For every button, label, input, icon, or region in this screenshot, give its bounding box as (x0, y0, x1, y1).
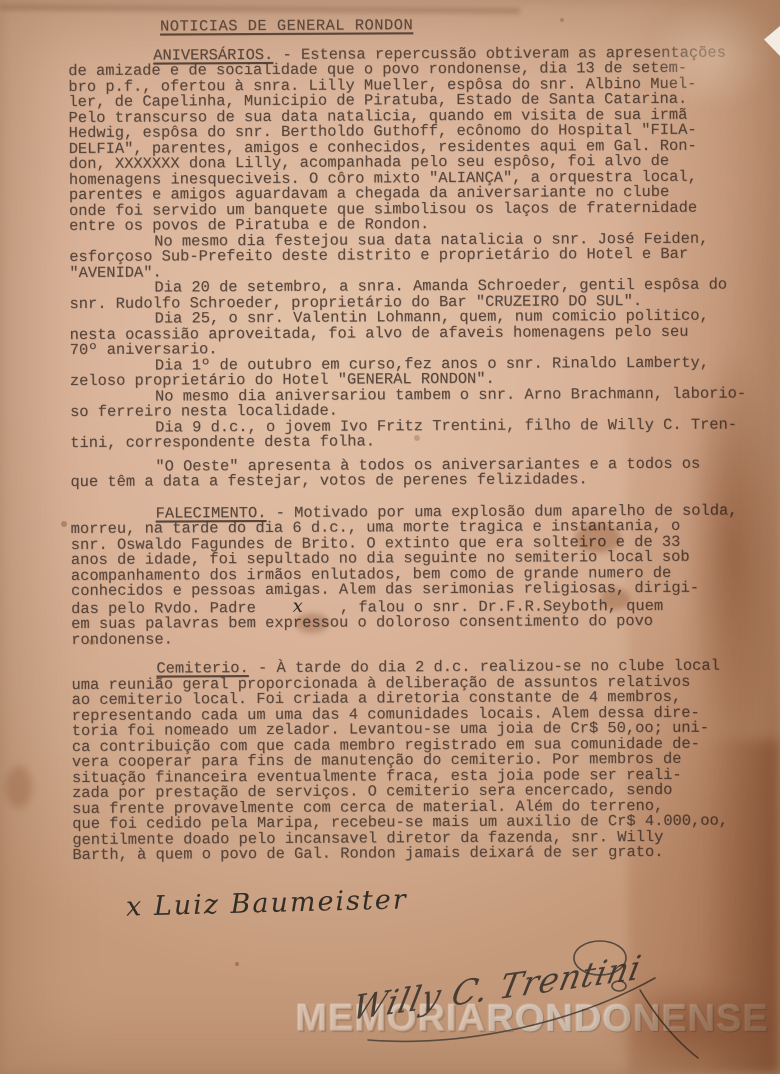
paragraph-o-oeste: "O Oeste" apresenta à todos os aniversar… (70, 456, 776, 491)
paragraph-valentin-lohmann: Dia 25, o snr. Valentin Lohmann, quem, n… (70, 308, 776, 358)
paragraph-text: - À tarde do dia 2 d.c. realizou-se no c… (71, 657, 728, 864)
section-aniversarios: ANIVERSÁRIOS. - Estensa repercussão obti… (68, 45, 775, 235)
section-falecimento: FALECIMENTO. - Motivado por uma explosão… (71, 503, 778, 648)
document-content: NOTICIAS DE GENERAL RONDON ANIVERSÁRIOS.… (68, 16, 778, 863)
paragraph-jose-feiden: No mesmo dia festejou sua data natalicia… (69, 231, 775, 281)
document-page: NOTICIAS DE GENERAL RONDON ANIVERSÁRIOS.… (0, 0, 780, 1074)
paragraph-ivo-trentini: Dia 9 d.c., o jovem Ivo Fritz Trentini, … (70, 417, 776, 452)
section-cemiterio: Cemiterio. - À tarde do dia 2 d.c. reali… (71, 658, 778, 863)
page-title: NOTICIAS DE GENERAL RONDON (160, 16, 774, 35)
paragraph-text: - Estensa repercussão obtiveram as apres… (68, 43, 726, 235)
watermark-rondonense: RONDONENSE (487, 998, 769, 1040)
